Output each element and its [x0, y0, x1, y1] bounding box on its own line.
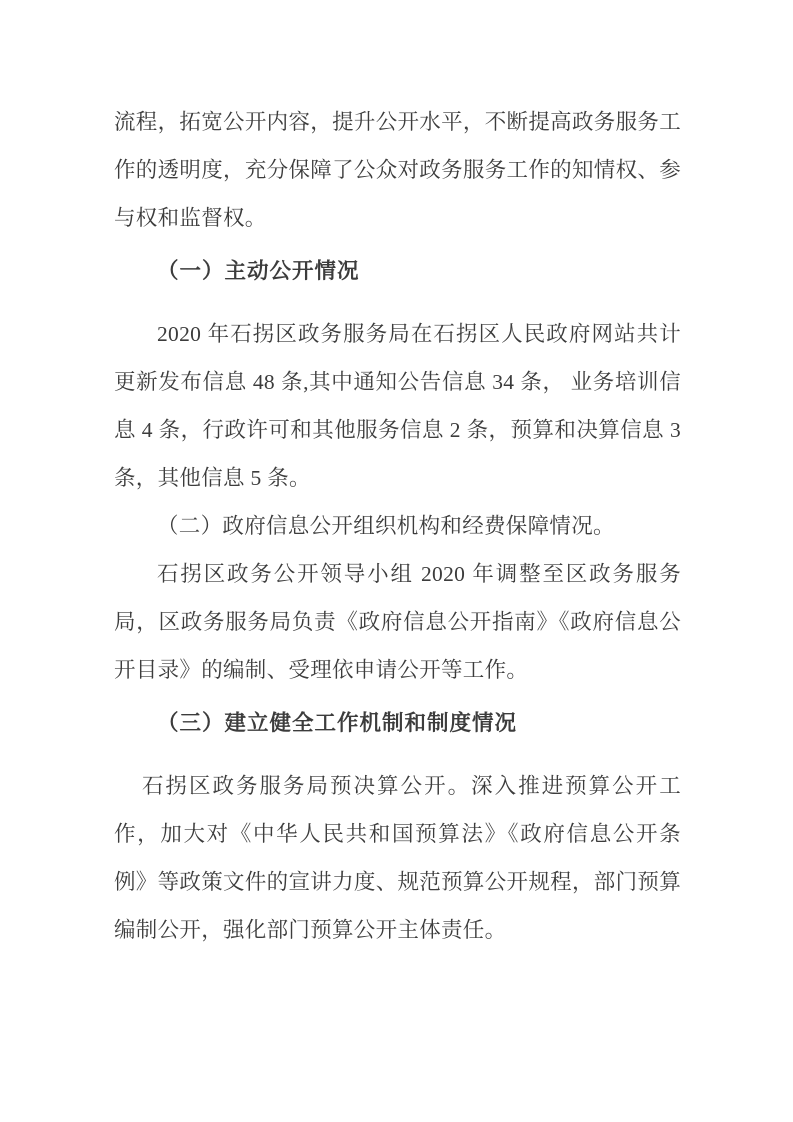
- paragraph-disclosure-statistics: 2020 年石拐区政务服务局在石拐区人民政府网站共计更新发布信息 48 条,其中…: [114, 310, 681, 502]
- section-heading-2-organization-funding: （二）政府信息公开组织机构和经费保障情况。: [114, 502, 681, 550]
- paragraph-intro-continuation: 流程，拓宽公开内容，提升公开水平，不断提高政务服务工作的透明度，充分保障了公众对…: [114, 98, 681, 242]
- section-heading-3-work-mechanism: （三）建立健全工作机制和制度情况: [114, 699, 681, 747]
- paragraph-budget-disclosure: 石拐区政务服务局预决算公开。深入推进预算公开工作，加大对《中华人民共和国预算法》…: [114, 762, 681, 954]
- document-body: 流程，拓宽公开内容，提升公开水平，不断提高政务服务工作的透明度，充分保障了公众对…: [114, 98, 681, 954]
- section-heading-1-active-disclosure: （一）主动公开情况: [114, 247, 681, 295]
- document-page: 流程，拓宽公开内容，提升公开水平，不断提高政务服务工作的透明度，充分保障了公众对…: [0, 0, 793, 1122]
- paragraph-leading-group: 石拐区政务公开领导小组 2020 年调整至区政务服务局，区政务服务局负责《政府信…: [114, 550, 681, 694]
